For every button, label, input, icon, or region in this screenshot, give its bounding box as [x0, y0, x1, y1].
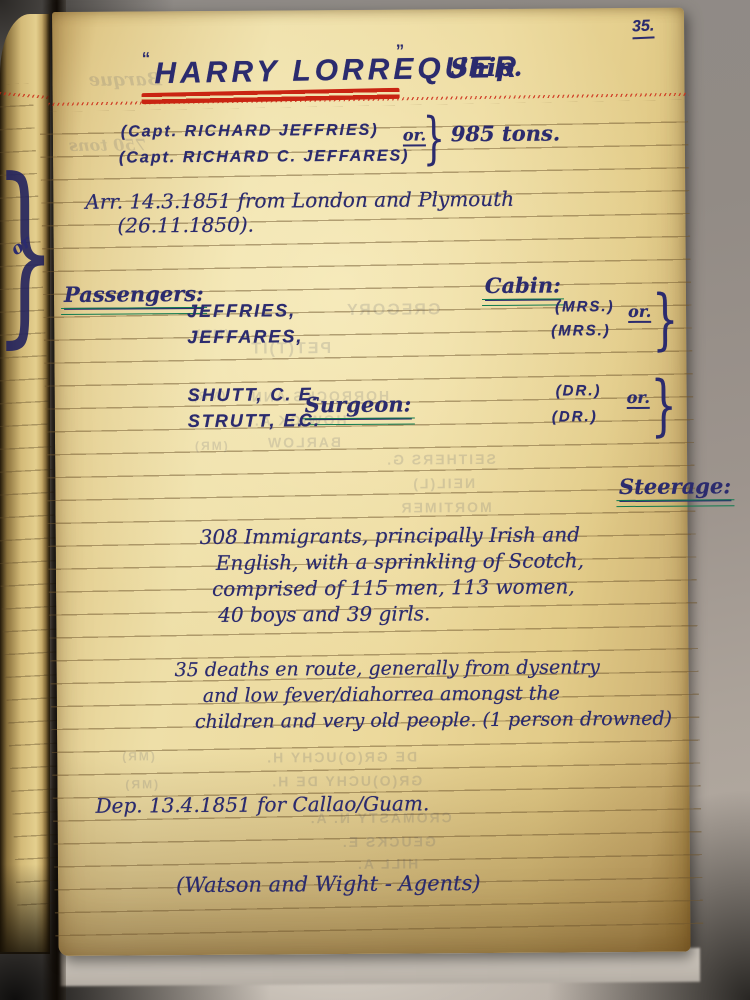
- steerage-line: comprised of 115 men, 113 women,: [212, 574, 575, 601]
- arrival-line-1: Arr. 14.3.1851 from London and Plymouth: [85, 187, 514, 214]
- surgeon-brace: }: [651, 376, 677, 437]
- ghost-text: (MR): [120, 749, 155, 763]
- register-page: Barque750 tonsGREGORYPET(T)ITHORROCKS AN…: [52, 8, 691, 956]
- cabin-or-label: or.: [628, 302, 651, 323]
- cabin-heading: Cabin:: [485, 272, 561, 301]
- surgeon-title: (DR.): [552, 408, 598, 425]
- page-number: 35.: [632, 17, 655, 39]
- ghost-text: NEIL(L): [411, 475, 475, 491]
- surgeon-name: SHUTT, C.: [188, 384, 293, 406]
- surgeon-name: STRUTT, E.: [188, 410, 305, 432]
- arrival-line-2: (26.11.1850).: [117, 213, 254, 238]
- ghost-text: HILL A.: [356, 855, 418, 871]
- surgeon-title: (DR.): [556, 382, 602, 399]
- captain-line-1: (Capt. RICHARD JEFFRIES): [121, 122, 379, 142]
- ghost-text: (MR): [123, 777, 158, 791]
- steerage-line: 308 Immigrants, principally Irish and: [200, 522, 580, 549]
- deaths-line: 35 deaths en route, generally from dysen…: [175, 656, 600, 681]
- ghost-text: BARLOW: [266, 434, 341, 451]
- surgeon-initial: C.: [299, 410, 321, 431]
- ghost-text: GR(O)UCHY DE H.: [270, 772, 422, 789]
- cabin-brace: }: [652, 290, 678, 351]
- ghost-text: Barque: [88, 69, 162, 91]
- surgeon-initial: E.: [299, 384, 320, 405]
- ghost-text: (MR): [193, 439, 228, 453]
- ghost-text: DE GR(O)UCHY H.: [265, 748, 417, 765]
- captains-brace: }: [423, 113, 445, 165]
- ghost-text: GREGORY: [345, 301, 440, 320]
- surgeon-or-label: or.: [627, 388, 650, 409]
- departure-line: Dep. 13.4.1851 for Callao/Guam.: [95, 791, 429, 817]
- deaths-line: children and very old people. (1 person …: [195, 708, 672, 733]
- steerage-line: English, with a sprinkling of Scotch,: [216, 548, 584, 575]
- ghost-text: GEUCKS E.: [341, 833, 436, 850]
- cabin-passenger-title: (MRS.): [551, 322, 611, 339]
- show-through-ghost-text: Barque750 tonsGREGORYPET(T)ITHORROCKS AN…: [52, 8, 684, 12]
- title-close-quote: ”: [396, 40, 404, 66]
- notebook-photo: } or Barque750 tonsGREGORYPET(T)ITHORROC…: [0, 0, 750, 1000]
- cabin-passenger-name: JEFFRIES,: [187, 300, 296, 322]
- captain-line-2: (Capt. RICHARD C. JEFFARES): [119, 148, 410, 168]
- steerage-heading: Steerage:: [619, 473, 731, 502]
- cabin-passenger-title: (MRS.): [555, 298, 615, 315]
- deaths-line: and low fever/diahorrea amongst the: [203, 682, 560, 706]
- steerage-line: 40 boys and 39 girls.: [218, 601, 430, 626]
- ghost-text: SEITHERS G.: [385, 451, 496, 468]
- tonnage: 985 tons.: [451, 120, 560, 146]
- agents-line: (Watson and Wight - Agents): [176, 871, 481, 897]
- ship-type-label: Ship.: [450, 53, 522, 83]
- ghost-text: MORTIMER: [399, 499, 491, 516]
- passengers-heading: Passengers:: [64, 281, 204, 310]
- title-open-quote: “: [142, 47, 150, 73]
- cabin-passenger-name: JEFFARES,: [187, 326, 303, 348]
